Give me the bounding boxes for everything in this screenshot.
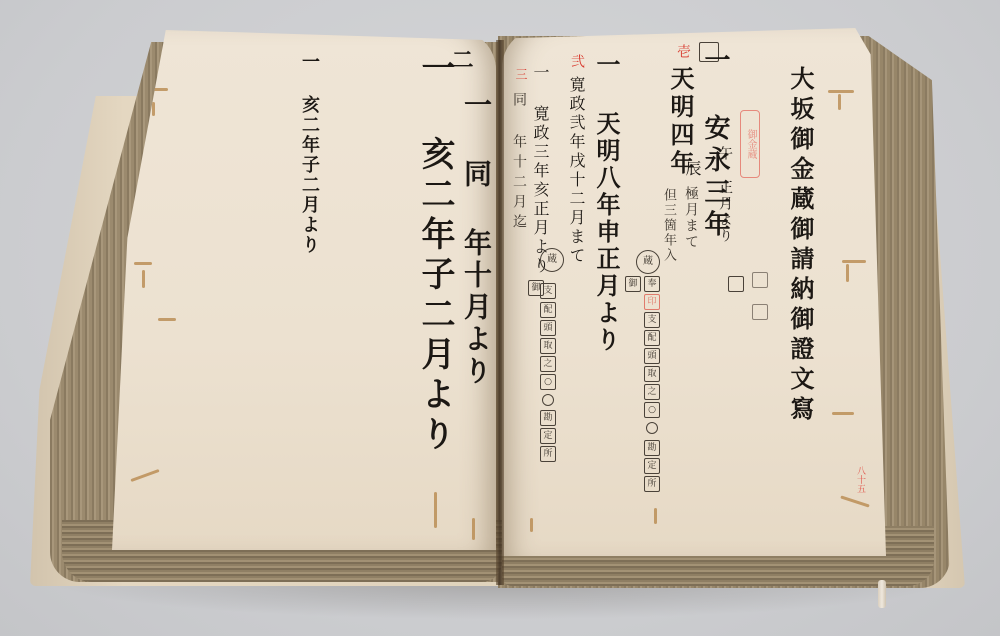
seal: 之	[644, 384, 660, 400]
ledger-title: 大坂御金蔵御請納御證文寫	[788, 66, 812, 426]
red-seal: 印	[644, 294, 660, 310]
binding-thread	[878, 580, 886, 608]
entry-1-note-a: 辰	[684, 160, 700, 178]
worm-damage	[134, 262, 152, 265]
entry-3-sub: 同 年十二月迄	[512, 92, 526, 234]
seal: 勘	[644, 440, 660, 456]
entry-1-red-mark: 壱	[676, 44, 690, 60]
seal: 所	[644, 476, 660, 492]
worm-damage	[842, 260, 866, 263]
entry-3-main: 一 寛政三年亥正月より	[532, 64, 548, 276]
entry-1-note-c: 但三箇年入	[662, 188, 675, 263]
left-entry-2: 一 同 年十月より	[462, 90, 490, 388]
seal: 取	[540, 338, 556, 354]
small-circle-seal	[542, 394, 554, 406]
seal: 頭	[644, 348, 660, 364]
worm-damage	[434, 492, 437, 528]
seal: 定	[644, 458, 660, 474]
worm-damage	[832, 412, 854, 415]
worm-damage	[472, 518, 475, 540]
book-gutter	[496, 40, 504, 585]
seal-right-side: 御	[625, 276, 641, 292]
seal: ○	[540, 374, 556, 390]
seal: 之	[540, 356, 556, 372]
left-entry-1: 一 亥二年子二月より	[418, 50, 452, 456]
red-vermilion-seal: 御金蔵	[740, 110, 760, 178]
seal: 勘	[540, 410, 556, 426]
worm-damage	[846, 264, 849, 282]
worm-damage	[142, 270, 145, 288]
worm-damage	[838, 94, 841, 110]
worm-damage	[530, 518, 533, 532]
small-circle-seal	[646, 422, 658, 434]
round-seal-right: 蔵	[636, 250, 660, 274]
seal: 頭	[540, 320, 556, 336]
seal: 奉	[644, 276, 660, 292]
faint-seal	[752, 304, 768, 320]
round-seal-left: 蔵	[540, 248, 564, 272]
entry-2-main: 一 天明八年申正月より	[594, 52, 618, 354]
worm-damage	[654, 508, 657, 524]
seal: 支	[644, 312, 660, 328]
page-number-red: 八十五	[855, 466, 864, 493]
worm-damage	[828, 90, 854, 93]
left-entry-1-dash: 一 亥二年子二月より	[300, 52, 318, 255]
seal-solo	[728, 276, 744, 292]
seal: 所	[540, 446, 556, 462]
worm-damage	[130, 469, 159, 482]
entry-1-sub-main: 午 正月より	[718, 146, 732, 244]
seal: 取	[644, 366, 660, 382]
entry-3-red-mark: 三	[515, 68, 527, 82]
seal: 定	[540, 428, 556, 444]
worm-damage	[840, 495, 869, 507]
entry-2-sub: 寛政弐年戌十二月まて	[568, 76, 584, 266]
seal: 配	[644, 330, 660, 346]
seal: 配	[540, 302, 556, 318]
worm-damage	[152, 102, 155, 116]
worm-damage	[158, 318, 176, 321]
faint-seal	[752, 272, 768, 288]
entry-1-note-b: 極月まて	[684, 186, 698, 250]
seal: ○	[644, 402, 660, 418]
entry-2-red-mark: 弐	[570, 54, 584, 70]
seal: 支	[540, 283, 556, 299]
